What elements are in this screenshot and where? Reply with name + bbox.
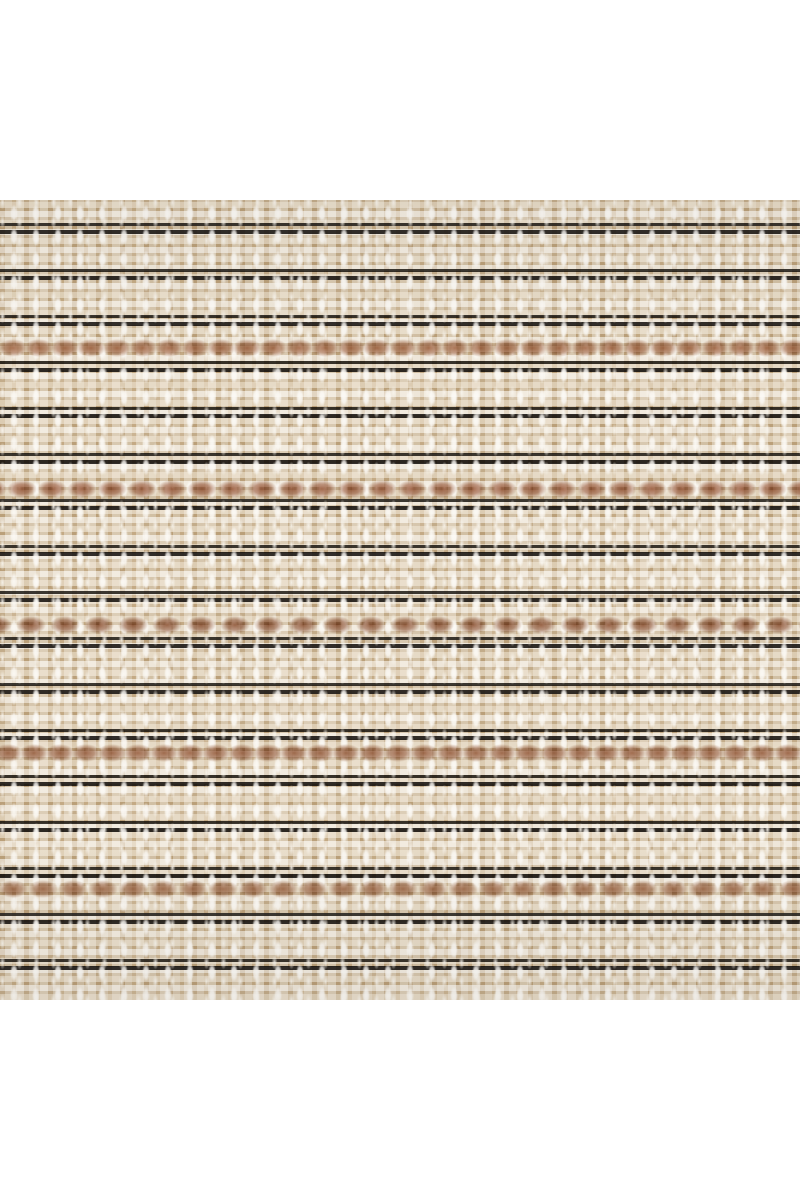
brown-stripe-slubs (0, 740, 800, 766)
brown-stripe (0, 875, 800, 903)
brown-stripe (0, 475, 800, 503)
brown-stripe (0, 335, 800, 361)
brown-stripe (0, 740, 800, 766)
image-canvas: Tweed boucle fabric swatch in cream, bei… (0, 0, 800, 1200)
brown-stripe-slubs (0, 875, 800, 903)
brown-stripe (0, 610, 800, 640)
brown-stripe-slubs (0, 335, 800, 361)
fabric-swatch-photo: Tweed boucle fabric swatch in cream, bei… (0, 200, 800, 1000)
brown-stripe-slubs (0, 475, 800, 503)
brown-stripe-slubs (0, 610, 800, 640)
